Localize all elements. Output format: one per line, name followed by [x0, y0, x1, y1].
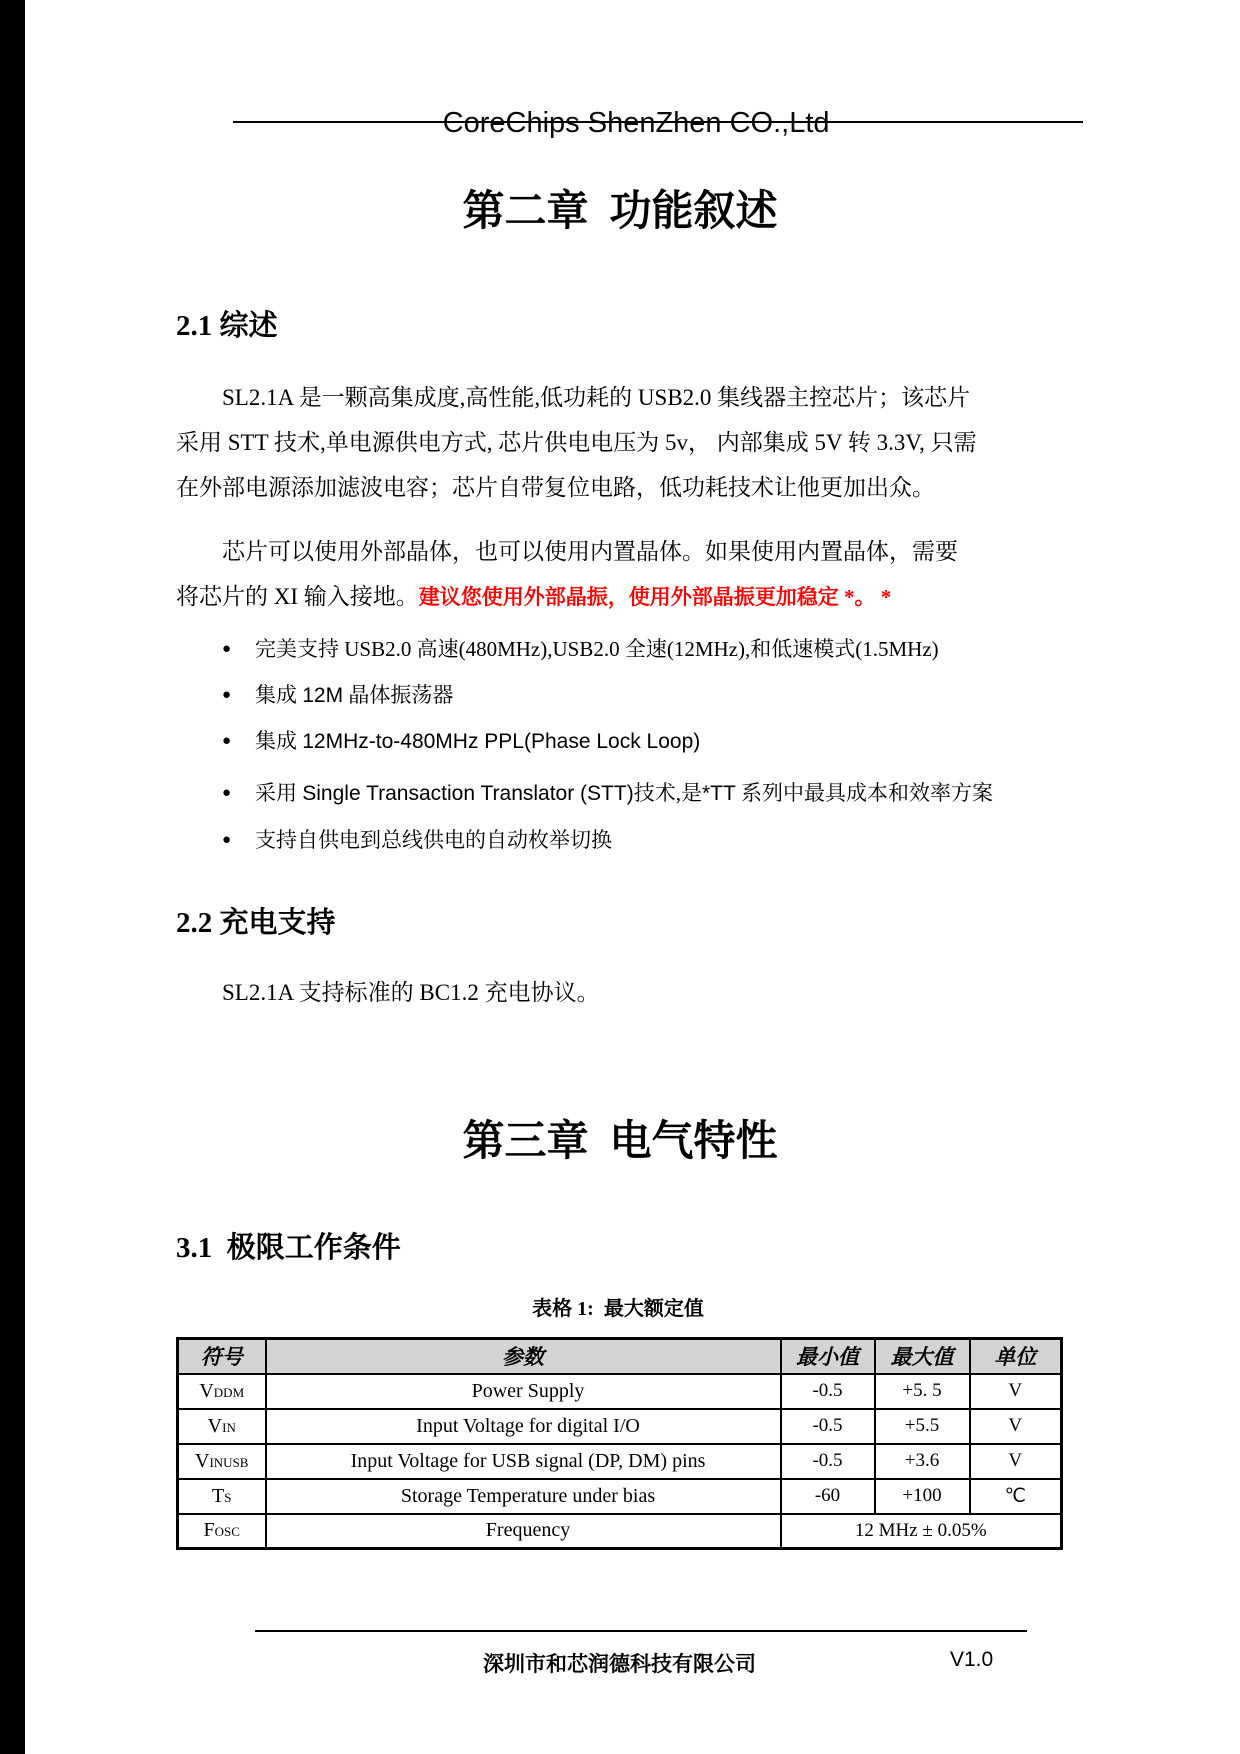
parameter-cell: Input Voltage for digital I/O: [266, 1409, 781, 1444]
table-row: VDDM Power Supply -0.5 +5. 5 V: [178, 1374, 1062, 1409]
feature-bullet-item: ●集成 12MHz-to-480MHz PPL(Phase Lock Loop): [176, 728, 1066, 755]
col-header-symbol: 符号: [178, 1339, 266, 1374]
max-ratings-table-grid: 符号 参数 最小值 最大值 单位 VDDM Power Supply -0.5 …: [176, 1337, 1063, 1550]
parameter-cell: Input Voltage for USB signal (DP, DM) pi…: [266, 1444, 781, 1479]
header-rule: [233, 121, 1083, 123]
parameter-cell: Power Supply: [266, 1374, 781, 1409]
symbol-base: V: [208, 1415, 222, 1437]
max-cell: +5. 5: [875, 1374, 970, 1409]
external-crystal-warning: 建议您使用外部晶振，使用外部晶振更加稳定 *。 *: [419, 585, 892, 609]
bullet-icon: ●: [222, 728, 255, 755]
max-ratings-table: 符号 参数 最小值 最大值 单位 VDDM Power Supply -0.5 …: [176, 1337, 1060, 1550]
paragraph-line: 在外部电源添加滤波电容；芯片自带复位电路，低功耗技术让他更加出众。: [176, 473, 1066, 503]
paragraph-text: 将芯片的 XI 输入接地。: [176, 584, 419, 609]
min-cell: -60: [781, 1479, 875, 1514]
table-row: FOSC Frequency 12 MHz ± 0.05%: [178, 1514, 1062, 1549]
feature-bullet-item: ●采用 Single Transaction Translator (STT)技…: [176, 780, 1066, 807]
bullet-text-segment: 12MHz-to-480MHz PPL(Phase Lock Loop): [302, 728, 700, 755]
col-header-min: 最小值: [781, 1339, 875, 1374]
bullet-text-segment: 支持自供电到总线供电的自动枚举切换: [255, 827, 612, 854]
bullet-text-segment: 晶体振荡器: [343, 682, 453, 709]
feature-bullet-item: ●支持自供电到总线供电的自动枚举切换: [176, 827, 1066, 854]
unit-cell: V: [970, 1374, 1062, 1409]
symbol-cell: VINUSB: [178, 1444, 266, 1479]
bullet-text-segment: 集成: [255, 682, 302, 709]
paragraph-line: 将芯片的 XI 输入接地。建议您使用外部晶振，使用外部晶振更加稳定 *。 *: [176, 582, 1066, 612]
datasheet-page: CoreChips ShenZhen CO.,Ltd 第二章 功能叙述 2.1 …: [0, 0, 1240, 1754]
parameter-cell: Frequency: [266, 1514, 781, 1549]
bullet-icon: ●: [222, 827, 255, 854]
bullet-text-segment: 集成: [255, 728, 302, 755]
max-cell: +5.5: [875, 1409, 970, 1444]
bullet-text-segment: 完美支持 USB2.0 高速(480MHz),USB2.0 全速(12MHz),…: [255, 636, 939, 663]
bullet-icon: ●: [222, 682, 255, 709]
bullet-text-segment: *TT: [702, 780, 736, 807]
paragraph-line: SL2.1A 是一颗高集成度,高性能,低功耗的 USB2.0 集线器主控芯片；该…: [176, 383, 1066, 413]
max-cell: +100: [875, 1479, 970, 1514]
max-cell: +3.6: [875, 1444, 970, 1479]
bullet-text-segment: 技术,是: [634, 780, 702, 807]
symbol-cell: FOSC: [178, 1514, 266, 1549]
unit-cell: V: [970, 1409, 1062, 1444]
company-name: CoreChips ShenZhen CO.,Ltd: [443, 107, 830, 139]
chapter-2-title: 第二章 功能叙述: [25, 178, 1215, 238]
scan-edge-artifact: [0, 0, 25, 1754]
table-row: TS Storage Temperature under bias -60 +1…: [178, 1479, 1062, 1514]
bullet-text-segment: 采用: [255, 780, 302, 807]
table-header-row: 符号 参数 最小值 最大值 单位: [178, 1339, 1062, 1374]
symbol-subscript: DDM: [214, 1385, 244, 1400]
table-caption: 表格 1: 最大额定值: [176, 1292, 1060, 1321]
bullet-text-segment: 12M: [302, 682, 343, 709]
unit-cell: V: [970, 1444, 1062, 1479]
table-row: VIN Input Voltage for digital I/O -0.5 +…: [178, 1409, 1062, 1444]
symbol-base: V: [195, 1450, 209, 1472]
bullet-text-segment: 系列中最具成本和效率方案: [736, 780, 993, 807]
bullet-icon: ●: [222, 780, 255, 807]
min-cell: -0.5: [781, 1444, 875, 1479]
section-3-1-heading: 3.1 极限工作条件: [176, 1225, 401, 1266]
symbol-base: F: [204, 1519, 215, 1541]
bullet-text-segment: Single Transaction Translator (STT): [302, 780, 633, 807]
symbol-subscript: INUSB: [209, 1455, 248, 1470]
symbol-subscript: S: [224, 1490, 231, 1505]
paragraph-line: 芯片可以使用外部晶体，也可以使用内置晶体。如果使用内置晶体，需要: [176, 537, 1066, 567]
col-header-max: 最大值: [875, 1339, 970, 1374]
footer-rule: [255, 1630, 1027, 1632]
chapter-3-title: 第三章 电气特性: [25, 1108, 1215, 1168]
min-cell: -0.5: [781, 1409, 875, 1444]
table-row: VINUSB Input Voltage for USB signal (DP,…: [178, 1444, 1062, 1479]
paragraph-line: SL2.1A 支持标准的 BC1.2 充电协议。: [176, 978, 1066, 1008]
col-header-unit: 单位: [970, 1339, 1062, 1374]
symbol-base: V: [199, 1380, 213, 1402]
unit-cell: ℃: [970, 1479, 1062, 1514]
col-header-parameter: 参数: [266, 1339, 781, 1374]
feature-bullet-item: ●完美支持 USB2.0 高速(480MHz),USB2.0 全速(12MHz)…: [176, 636, 1066, 663]
feature-bullet-item: ●集成 12M 晶体振荡器: [176, 682, 1066, 709]
symbol-cell: TS: [178, 1479, 266, 1514]
symbol-cell: VDDM: [178, 1374, 266, 1409]
symbol-subscript: IN: [222, 1420, 236, 1435]
section-2-1-heading: 2.1 综述: [176, 303, 278, 344]
paragraph-line: 采用 STT 技术,单电源供电方式, 芯片供电电压为 5v， 内部集成 5V 转…: [176, 428, 1066, 458]
parameter-cell: Storage Temperature under bias: [266, 1479, 781, 1514]
frequency-value-cell: 12 MHz ± 0.05%: [781, 1514, 1062, 1549]
min-cell: -0.5: [781, 1374, 875, 1409]
symbol-subscript: OSC: [215, 1524, 240, 1539]
footer-version: V1.0: [950, 1648, 993, 1672]
footer-company-name: 深圳市和芯润德科技有限公司: [483, 1648, 756, 1678]
bullet-icon: ●: [222, 636, 255, 663]
section-2-2-heading: 2.2 充电支持: [176, 900, 336, 941]
symbol-base: T: [212, 1485, 224, 1507]
page-header: CoreChips ShenZhen CO.,Ltd: [25, 74, 1215, 173]
symbol-cell: VIN: [178, 1409, 266, 1444]
